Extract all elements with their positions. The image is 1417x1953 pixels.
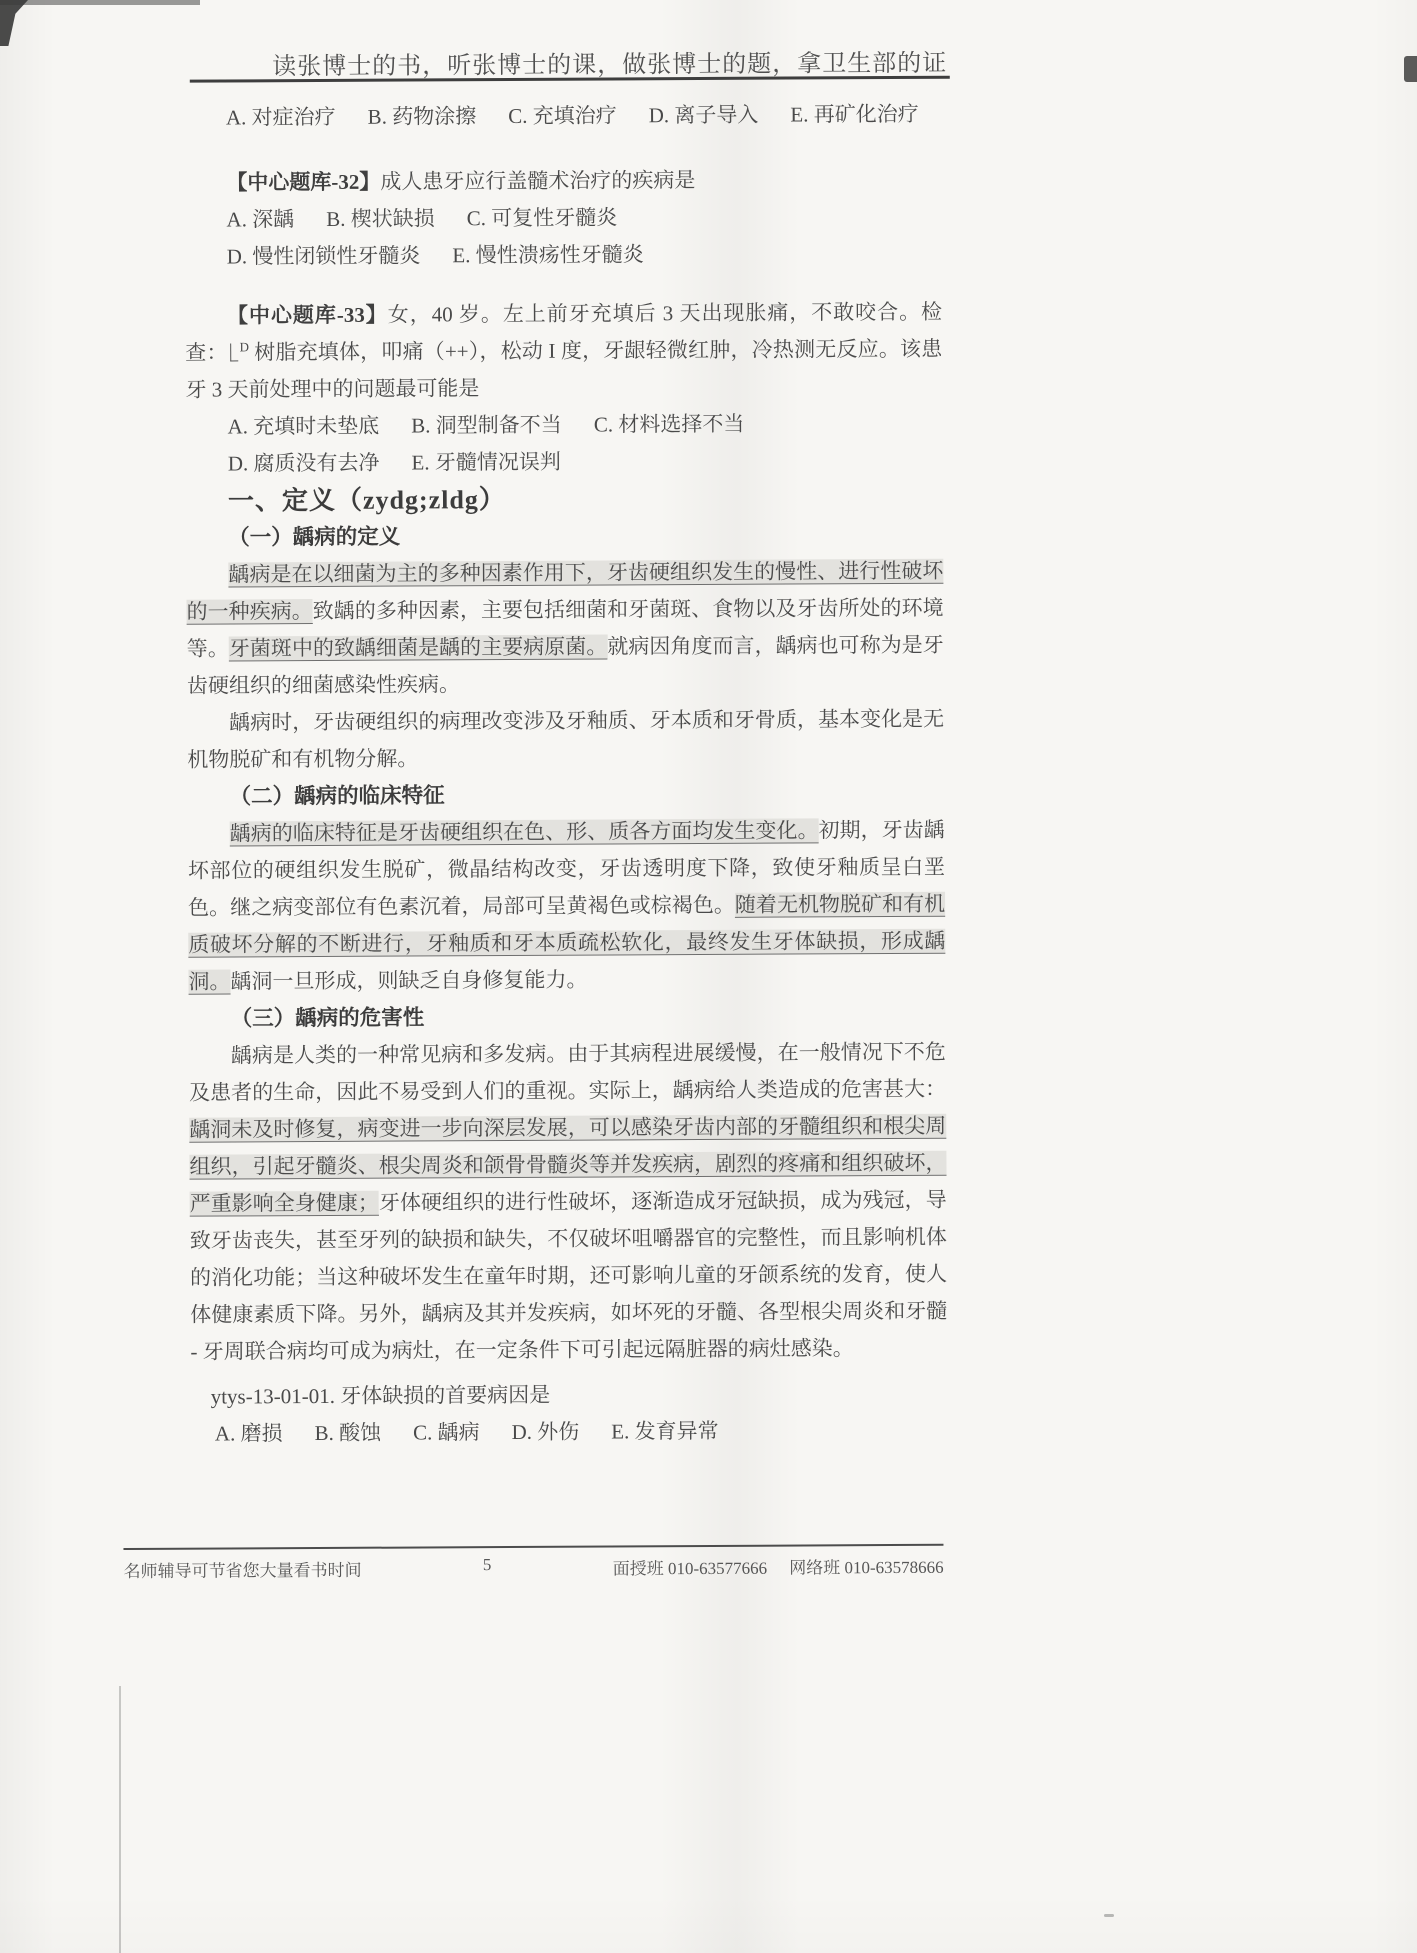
option-b: B. 酸蚀 (314, 1415, 381, 1452)
option-c: C. 可复性牙髓炎 (467, 199, 618, 237)
option-a: A. 充填时未垫底 (228, 408, 380, 446)
option-b: B. 楔状缺损 (326, 200, 435, 238)
highlight-clinical-changes: 龋病的临床特征是牙齿硬组织在色、形、质各方面均发生变化。 (230, 818, 819, 845)
question-31-options-row: A. 对症治疗 B. 药物涂擦 C. 充填治疗 D. 离子导入 E. 再矿化治疗 (184, 96, 941, 137)
question-33: 【中心题库-33】女，40 岁。左上前牙充填后 3 天出现胀痛，不敢咬合。检查：… (185, 294, 943, 483)
option-a: A. 磨损 (215, 1415, 283, 1452)
page-number: 5 (483, 1555, 492, 1575)
scanned-page: 读张博士的书，听张博士的课，做张博士的题，拿卫生部的证 A. 对症治疗 B. 药… (0, 0, 1417, 1953)
question-33-stem: 【中心题库-33】女，40 岁。左上前牙充填后 3 天出现胀痛，不敢咬合。检查：… (185, 294, 943, 409)
page-body: 读张博士的书，听张博士的课，做张博士的题，拿卫生部的证 A. 对症治疗 B. 药… (0, 0, 1417, 1953)
paragraph-harm: 龋病是人类的一种常见病和多发病。由于其病程进展缓慢，在一般情况下不危及患者的生命… (189, 1034, 948, 1371)
option-d: D. 外伤 (511, 1414, 579, 1451)
option-e: E. 发育异常 (611, 1413, 719, 1451)
tooth-notation: D (231, 334, 250, 371)
footer-contact-onsite: 面授班 010-63577666 (613, 1554, 768, 1580)
paragraph-pathology: 龋病时，牙齿硬组织的病理改变涉及牙釉质、牙本质和牙骨质，基本变化是无机物脱矿和有… (187, 701, 944, 779)
option-b: B. 药物涂擦 (368, 98, 477, 136)
option-b: B. 洞型制备不当 (411, 407, 562, 445)
text-no-self-repair: 龋洞一旦形成，则缺乏自身修复能力。 (230, 968, 587, 994)
option-a: A. 深龋 (226, 201, 294, 238)
question-33-stem-after: 树脂充填体，叩痛（++），松动 I 度，牙龈轻微红肿，冷热测无反应。该患牙 3 … (185, 337, 942, 402)
page-footer: 名师辅导可节省您大量看书时间 5 面授班 010-63577666 网络班 01… (123, 1544, 943, 1582)
option-d: D. 慢性闭锁性牙髓炎 (227, 237, 421, 275)
question-32-stem: 【中心题库-32】成人患牙应行盖髓术治疗的疾病是 (184, 161, 941, 202)
option-e: E. 牙髓情况误判 (411, 444, 561, 482)
tooth-notation-letter: D (240, 339, 249, 354)
section-title: 一、定义（zydg;zldg） (186, 479, 943, 520)
option-e: E. 再矿化治疗 (790, 96, 919, 134)
option-c: C. 材料选择不当 (594, 406, 745, 444)
ytys-options-row: A. 磨损 B. 酸蚀 C. 龋病 D. 外伤 E. 发育异常 (191, 1412, 948, 1453)
paragraph-clinical-features: 龋病的临床特征是牙齿硬组织在色、形、质各方面均发生变化。初期，牙齿龋坏部位的硬组… (188, 812, 946, 1001)
question-32-stem-text: 成人患牙应行盖髓术治疗的疾病是 (380, 168, 695, 194)
subsection-1-heading: （一）龋病的定义 (186, 516, 943, 557)
option-d: D. 腐质没有去净 (228, 445, 380, 483)
footer-contacts: 面授班 010-63577666 网络班 010-63578666 (613, 1553, 944, 1580)
option-d: D. 离子导入 (649, 97, 759, 135)
subsection-3-heading: （三）龋病的危害性 (189, 997, 946, 1038)
ytys-question-stem: ytys-13-01-01. 牙体缺损的首要病因是 (191, 1375, 948, 1416)
footer-left-text: 名师辅导可节省您大量看书时间 (124, 1556, 362, 1582)
option-a: A. 对症治疗 (226, 99, 336, 137)
footer-contact-online: 网络班 010-63578666 (789, 1553, 944, 1579)
option-e: E. 慢性溃疡性牙髓炎 (452, 236, 644, 274)
text-common-disease: 龋病是人类的一种常见病和多发病。由于其病程进展缓慢，在一般情况下不危及患者的生命… (189, 1040, 946, 1105)
option-c: C. 充填治疗 (508, 97, 617, 135)
question-32: 【中心题库-32】成人患牙应行盖髓术治疗的疾病是 A. 深龋 B. 楔状缺损 C… (184, 161, 942, 276)
highlight-plaque-pathogen: 牙菌斑中的致龋细菌是龋的主要病原菌。 (229, 634, 608, 660)
question-33-options-row-2: D. 腐质没有去净 E. 牙髓情况误判 (186, 442, 943, 483)
question-33-options-row-1: A. 充填时未垫底 B. 洞型制备不当 C. 材料选择不当 (186, 405, 943, 446)
option-c: C. 龋病 (413, 1414, 480, 1451)
question-32-options-row-1: A. 深龋 B. 楔状缺损 C. 可复性牙髓炎 (184, 198, 941, 239)
question-32-label: 【中心题库-32】 (226, 170, 380, 195)
question-33-label: 【中心题库-33】 (227, 303, 388, 328)
paragraph-caries-definition: 龋病是在以细菌为主的多种因素作用下，牙齿硬组织发生的慢性、进行性破坏的一种疾病。… (186, 553, 944, 705)
page-content: A. 对症治疗 B. 药物涂擦 C. 充填治疗 D. 离子导入 E. 再矿化治疗… (184, 96, 948, 1453)
question-32-options-row-2: D. 慢性闭锁性牙髓炎 E. 慢性溃疡性牙髓炎 (185, 235, 942, 276)
tooth-notation-bracket-icon (231, 343, 239, 361)
subsection-2-heading: （二）龋病的临床特征 (187, 775, 944, 816)
